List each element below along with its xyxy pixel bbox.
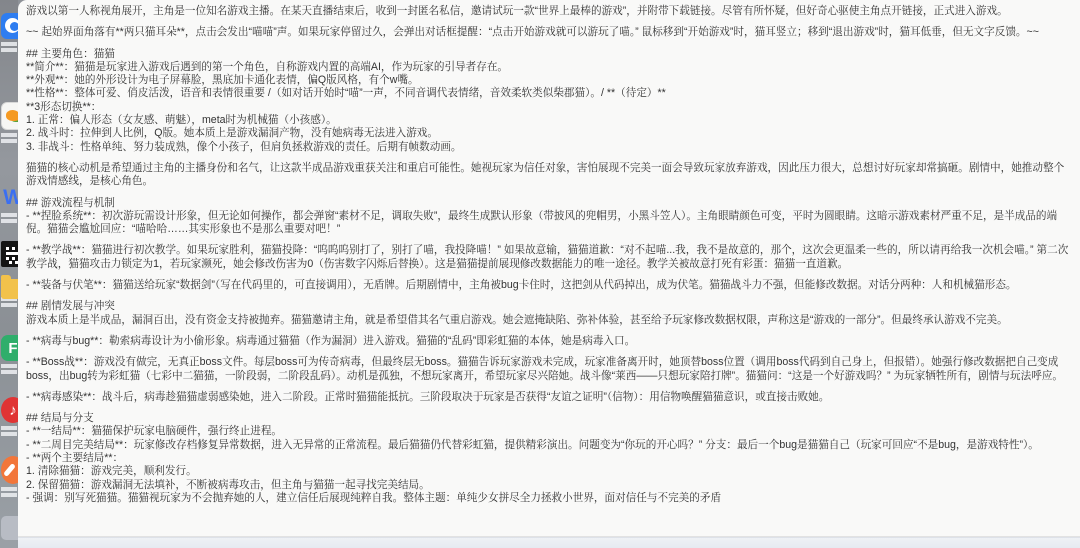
icon-label xyxy=(1,364,17,374)
desktop-icon-green-app[interactable]: F xyxy=(0,335,18,374)
doc-paragraph: - **Boss战**：游戏没有做完，无真正boss文件。每层boss可为传奇病… xyxy=(26,356,1074,383)
doc-line: - **病毒与bug**：勒索病毒设计为小偷形象。病毒通过猫猫（作为漏洞）进入游… xyxy=(26,335,1074,348)
doc-paragraph: ## 结局与分支- **一结局**：猫猫保护玩家电脑硬件，强行终止进程。- **… xyxy=(26,412,1074,505)
screen: W F ♪ 游戏以第一人称视角展开，主角是一位知名游戏主播。在某天直播结束后，收… xyxy=(0,0,1080,548)
desktop-icon-colorful-app[interactable] xyxy=(0,102,18,143)
music-app-icon: ♪ xyxy=(1,397,18,423)
icon-label xyxy=(1,133,17,143)
doc-paragraph: - **装备与伏笔**：猫猫送给玩家“数据剑”（写在代码里的，可直接调用），无盾… xyxy=(26,279,1074,292)
desktop-icon-folder[interactable] xyxy=(0,274,18,307)
wps-office-icon: W xyxy=(1,184,18,210)
icon-label xyxy=(1,426,17,436)
doc-line: ## 剧情发展与冲突 xyxy=(26,300,1074,313)
doc-line: **简介**：猫猫是玩家进入游戏后遇到的第一个角色，自称游戏内置的高端AI，作为… xyxy=(26,61,1074,74)
desktop-icon-rocket-app[interactable] xyxy=(0,456,18,497)
folder-icon xyxy=(1,279,18,299)
doc-paragraph: - **教学战**：猫猫进行初次教学。如果玩家胜利，猫猫投降：“呜呜呜别打了，别… xyxy=(26,244,1074,271)
doc-line: ## 结局与分支 xyxy=(26,412,1074,425)
partial-app-icon xyxy=(1,516,18,540)
doc-paragraph: ## 剧情发展与冲突游戏本质上是半成品，漏洞百出，没有资金支持被抛弃。猫猫邀请主… xyxy=(26,300,1074,327)
pixel-skull-icon xyxy=(1,241,18,267)
doc-line: 3. 非战斗：性格单纯、努力装成熟，像个小孩子，但肩负拯救游戏的责任。后期有帧数… xyxy=(26,141,1074,154)
doc-line: **性格**：整体可爱、俏皮活泼，语音和表情很重要 /（如对话开始时“喵”一声，… xyxy=(26,87,1074,100)
doc-line: - **二周目完美结局**：玩家修改存档修复异常数据，进入无异常的正常流程。最后… xyxy=(26,439,1074,452)
desktop-icon-wps-office[interactable]: W xyxy=(0,184,18,223)
doc-line: ~~ 起始界面角落有**两只猫耳朵**，点击会发出“喵喵”声。如果玩家停留过久，… xyxy=(26,26,1074,39)
desktop-strip: W F ♪ xyxy=(0,0,18,548)
doc-line: 2. 战斗时：拉伸到人比例，Q版。她本质上是游戏漏洞产物，没有她病毒无法进入游戏… xyxy=(26,127,1074,140)
doc-line: 猫猫的核心动机是希望通过主角的主播身份和名气，让这款半成品游戏重获关注和重启可能… xyxy=(26,162,1074,189)
doc-line: ## 主要角色：猫猫 xyxy=(26,48,1074,61)
doc-line: 1. 正常：偏人形态（女友感、萌魅），meta时为机械猫（小孩感）。 xyxy=(26,114,1074,127)
desktop-icon-quark-browser[interactable] xyxy=(0,13,18,52)
doc-paragraph: 游戏以第一人称视角展开，主角是一位知名游戏主播。在某天直播结束后，收到一封匿名私… xyxy=(26,5,1074,18)
doc-line: - **一结局**：猫猫保护玩家电脑硬件，强行终止进程。 xyxy=(26,425,1074,438)
doc-line: 游戏本质上是半成品，漏洞百出，没有资金支持被抛弃。猫猫邀请主角，就是希望借其名气… xyxy=(26,314,1074,327)
colorful-app-icon xyxy=(1,102,18,130)
doc-line: 2. 保留猫猫：游戏漏洞无法填补，不断被病毒攻击，但主角与猫猫一起寻找完美结局。 xyxy=(26,479,1074,492)
doc-paragraph: 猫猫的核心动机是希望通过主角的主播身份和名气，让这款半成品游戏重获关注和重启可能… xyxy=(26,162,1074,189)
doc-line: - **病毒感染**：战斗后，病毒趁猫猫虚弱感染她，进入二阶段。正常时猫猫能抵抗… xyxy=(26,391,1074,404)
doc-line: - **Boss战**：游戏没有做完，无真正boss文件。每层boss可为传奇病… xyxy=(26,356,1074,383)
doc-line: 游戏以第一人称视角展开，主角是一位知名游戏主播。在某天直播结束后，收到一封匿名私… xyxy=(26,5,1074,18)
doc-line: - 强调：别写死猫猫。猫猫视玩家为不会抛弃她的人，建立信任后展现纯粹自我。整体主… xyxy=(26,492,1074,505)
doc-paragraph: ~~ 起始界面角落有**两只猫耳朵**，点击会发出“喵喵”声。如果玩家停留过久，… xyxy=(26,26,1074,39)
green-app-icon: F xyxy=(1,335,18,361)
doc-paragraph: - **病毒与bug**：勒索病毒设计为小偷形象。病毒通过猫猫（作为漏洞）进入游… xyxy=(26,335,1074,348)
doc-paragraph: ## 游戏流程与机制- **捏脸系统**：初次游玩需设计形象，但无论如何操作，都… xyxy=(26,197,1074,237)
icon-label xyxy=(1,487,17,497)
doc-line: - **教学战**：猫猫进行初次教学。如果玩家胜利，猫猫投降：“呜呜呜别打了，别… xyxy=(26,244,1074,271)
doc-line: - **装备与伏笔**：猫猫送给玩家“数据剑”（写在代码里的，可直接调用），无盾… xyxy=(26,279,1074,292)
icon-label xyxy=(1,42,17,52)
desktop-icon-pixel-app[interactable] xyxy=(0,241,18,267)
background-window-edge[interactable] xyxy=(18,537,1080,548)
doc-line: - **捏脸系统**：初次游玩需设计形象，但无论如何操作，都会弹窗“素材不足，调… xyxy=(26,210,1074,237)
doc-paragraph: - **病毒感染**：战斗后，病毒趁猫猫虚弱感染她，进入二阶段。正常时猫猫能抵抗… xyxy=(26,391,1074,404)
doc-line: - **两个主要结局**： xyxy=(26,452,1074,465)
quark-browser-icon xyxy=(1,13,18,39)
doc-line: 1. 清除猫猫：游戏完美，顺利发行。 xyxy=(26,465,1074,478)
document-window[interactable]: 游戏以第一人称视角展开，主角是一位知名游戏主播。在某天直播结束后，收到一封匿名私… xyxy=(18,0,1080,537)
doc-line: **外观**：她的外形设计为电子屏幕脸，黑底加卡通化表情，偏Q版风格，有个w嘴。 xyxy=(26,74,1074,87)
document-content[interactable]: 游戏以第一人称视角展开，主角是一位知名游戏主播。在某天直播结束后，收到一封匿名私… xyxy=(18,0,1080,536)
rocket-app-icon xyxy=(1,456,18,484)
doc-paragraph: ## 主要角色：猫猫**简介**：猫猫是玩家进入游戏后遇到的第一个角色，自称游戏… xyxy=(26,48,1074,154)
desktop-icon-music-app[interactable]: ♪ xyxy=(0,397,18,436)
desktop-icon-partial[interactable] xyxy=(0,516,18,540)
icon-label xyxy=(1,213,17,223)
doc-line: ## 游戏流程与机制 xyxy=(26,197,1074,210)
doc-line: **3形态切换**： xyxy=(26,101,1074,114)
